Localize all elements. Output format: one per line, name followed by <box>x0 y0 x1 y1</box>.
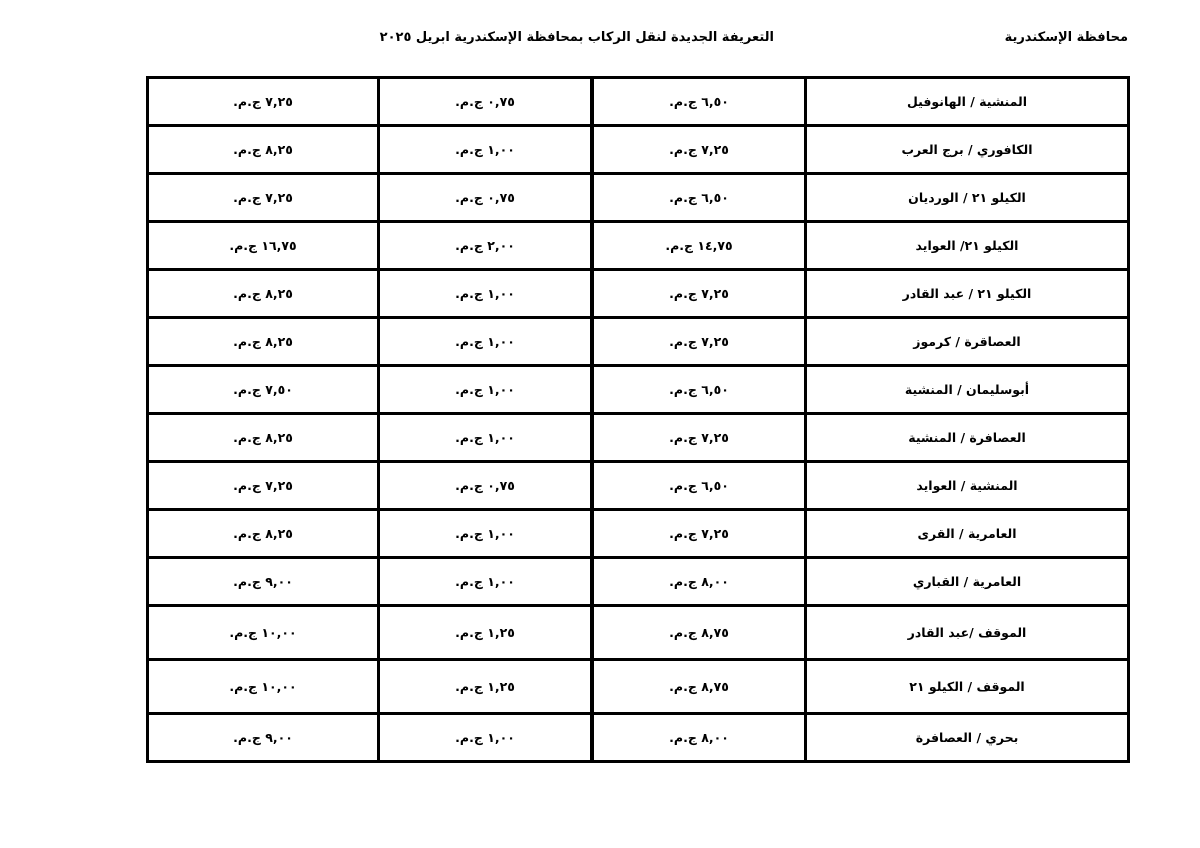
new-fare-value: ٩,٠٠ ج.م. <box>233 730 293 745</box>
increase-value: ١,٠٠ ج.م. <box>455 574 515 589</box>
new-fare-value: ٧,٢٥ ج.م. <box>233 94 293 109</box>
governorate-label: محافظة الإسكندرية <box>1005 30 1128 45</box>
old-fare-cell: ٧,٢٥ ج.م. <box>592 126 806 174</box>
new-fare-cell: ٨,٢٥ ج.م. <box>148 318 379 366</box>
table-row: العامرية / القرى٧,٢٥ ج.م.١,٠٠ ج.م.٨,٢٥ ج… <box>148 510 1129 558</box>
new-fare-cell: ٨,٢٥ ج.م. <box>148 510 379 558</box>
table-row: الكيلو ٢١ / عبد القادر٧,٢٥ ج.م.١,٠٠ ج.م.… <box>148 270 1129 318</box>
table-row: الموقف / الكيلو ٢١٨,٧٥ ج.م.١,٢٥ ج.م.١٠,٠… <box>148 660 1129 714</box>
old-fare-value: ٦,٥٠ ج.م. <box>669 190 729 205</box>
old-fare-cell: ٨,٧٥ ج.م. <box>592 660 806 714</box>
increase-value: ١,٠٠ ج.م. <box>455 142 515 157</box>
old-fare-cell: ٦,٥٠ ج.م. <box>592 78 806 126</box>
increase-cell: ١,٠٠ ج.م. <box>379 126 593 174</box>
increase-cell: ٠,٧٥ ج.م. <box>379 174 593 222</box>
route-cell: المنشية / الهانوفيل <box>806 78 1129 126</box>
old-fare-value: ١٤,٧٥ ج.م. <box>665 238 732 253</box>
old-fare-cell: ٧,٢٥ ج.م. <box>592 414 806 462</box>
increase-value: ١,٠٠ ج.م. <box>455 382 515 397</box>
route-cell: العصافرة / المنشية <box>806 414 1129 462</box>
increase-cell: ١,٢٥ ج.م. <box>379 660 593 714</box>
old-fare-value: ٨,٧٥ ج.م. <box>669 625 729 640</box>
table-row: الموقف /عبد القادر٨,٧٥ ج.م.١,٢٥ ج.م.١٠,٠… <box>148 606 1129 660</box>
route-cell: بحري / العصافرة <box>806 714 1129 762</box>
tariff-table-body: المنشية / الهانوفيل٦,٥٠ ج.م.٠,٧٥ ج.م.٧,٢… <box>148 78 1129 762</box>
new-fare-cell: ٧,٢٥ ج.م. <box>148 78 379 126</box>
increase-cell: ١,٠٠ ج.م. <box>379 510 593 558</box>
new-fare-value: ٨,٢٥ ج.م. <box>233 334 293 349</box>
old-fare-value: ٧,٢٥ ج.م. <box>669 142 729 157</box>
table-row: الكافوري / برج العرب٧,٢٥ ج.م.١,٠٠ ج.م.٨,… <box>148 126 1129 174</box>
increase-value: ٠,٧٥ ج.م. <box>455 190 515 205</box>
increase-value: ١,٠٠ ج.م. <box>455 430 515 445</box>
old-fare-cell: ٧,٢٥ ج.م. <box>592 318 806 366</box>
new-fare-value: ٨,٢٥ ج.م. <box>233 526 293 541</box>
route-cell: العامرية / القرى <box>806 510 1129 558</box>
old-fare-value: ٧,٢٥ ج.م. <box>669 286 729 301</box>
route-cell: الموقف /عبد القادر <box>806 606 1129 660</box>
old-fare-cell: ٦,٥٠ ج.م. <box>592 174 806 222</box>
new-fare-cell: ٩,٠٠ ج.م. <box>148 714 379 762</box>
old-fare-value: ٧,٢٥ ج.م. <box>669 526 729 541</box>
table-row: العصاقرة / كرموز٧,٢٥ ج.م.١,٠٠ ج.م.٨,٢٥ ج… <box>148 318 1129 366</box>
new-fare-value: ٧,٢٥ ج.م. <box>233 190 293 205</box>
old-fare-cell: ٨,٠٠ ج.م. <box>592 714 806 762</box>
old-fare-cell: ٨,٠٠ ج.م. <box>592 558 806 606</box>
old-fare-value: ٨,٠٠ ج.م. <box>669 574 729 589</box>
table-row: الكيلو ٢١ / الورديان٦,٥٠ ج.م.٠,٧٥ ج.م.٧,… <box>148 174 1129 222</box>
new-fare-cell: ٩,٠٠ ج.م. <box>148 558 379 606</box>
route-cell: العصاقرة / كرموز <box>806 318 1129 366</box>
new-fare-value: ٩,٠٠ ج.م. <box>233 574 293 589</box>
increase-cell: ١,٢٥ ج.م. <box>379 606 593 660</box>
new-fare-value: ٨,٢٥ ج.م. <box>233 286 293 301</box>
increase-cell: ١,٠٠ ج.م. <box>379 366 593 414</box>
old-fare-value: ٨,٠٠ ج.م. <box>669 730 729 745</box>
old-fare-value: ٧,٢٥ ج.م. <box>669 430 729 445</box>
route-cell: أبوسليمان / المنشية <box>806 366 1129 414</box>
new-fare-value: ٨,٢٥ ج.م. <box>233 430 293 445</box>
increase-value: ١,٠٠ ج.م. <box>455 730 515 745</box>
new-fare-cell: ٨,٢٥ ج.م. <box>148 270 379 318</box>
increase-cell: ١,٠٠ ج.م. <box>379 414 593 462</box>
old-fare-value: ٦,٥٠ ج.م. <box>669 94 729 109</box>
new-fare-cell: ٨,٢٥ ج.م. <box>148 414 379 462</box>
old-fare-cell: ٧,٢٥ ج.م. <box>592 510 806 558</box>
route-cell: الكافوري / برج العرب <box>806 126 1129 174</box>
new-fare-value: ٨,٢٥ ج.م. <box>233 142 293 157</box>
table-row: المنشية / العوايد٦,٥٠ ج.م.٠,٧٥ ج.م.٧,٢٥ … <box>148 462 1129 510</box>
document-title: التعريفة الجديدة لنقل الركاب بمحافظة الإ… <box>428 30 774 45</box>
increase-value: ١,٢٥ ج.م. <box>455 679 515 694</box>
old-fare-cell: ٧,٢٥ ج.م. <box>592 270 806 318</box>
new-fare-value: ١٠,٠٠ ج.م. <box>229 679 296 694</box>
new-fare-cell: ٧,٢٥ ج.م. <box>148 174 379 222</box>
route-cell: الكيلو ٢١ / عبد القادر <box>806 270 1129 318</box>
new-fare-cell: ١٠,٠٠ ج.م. <box>148 660 379 714</box>
increase-cell: ١,٠٠ ج.م. <box>379 558 593 606</box>
increase-value: ٠,٧٥ ج.م. <box>455 94 515 109</box>
increase-value: ٢,٠٠ ج.م. <box>455 238 515 253</box>
tariff-table: المنشية / الهانوفيل٦,٥٠ ج.م.٠,٧٥ ج.م.٧,٢… <box>146 76 1130 763</box>
increase-cell: ١,٠٠ ج.م. <box>379 270 593 318</box>
new-fare-cell: ١٠,٠٠ ج.م. <box>148 606 379 660</box>
increase-cell: ١,٠٠ ج.م. <box>379 714 593 762</box>
old-fare-cell: ١٤,٧٥ ج.م. <box>592 222 806 270</box>
route-cell: الكيلو ٢١/ العوايد <box>806 222 1129 270</box>
old-fare-value: ٦,٥٠ ج.م. <box>669 478 729 493</box>
old-fare-value: ٨,٧٥ ج.م. <box>669 679 729 694</box>
increase-cell: ٠,٧٥ ج.م. <box>379 78 593 126</box>
table-row: العصافرة / المنشية٧,٢٥ ج.م.١,٠٠ ج.م.٨,٢٥… <box>148 414 1129 462</box>
old-fare-value: ٧,٢٥ ج.م. <box>669 334 729 349</box>
old-fare-cell: ٨,٧٥ ج.م. <box>592 606 806 660</box>
increase-value: ١,٠٠ ج.م. <box>455 526 515 541</box>
increase-cell: ٢,٠٠ ج.م. <box>379 222 593 270</box>
increase-cell: ١,٠٠ ج.م. <box>379 318 593 366</box>
increase-cell: ٠,٧٥ ج.م. <box>379 462 593 510</box>
increase-value: ١,٢٥ ج.م. <box>455 625 515 640</box>
table-row: العامرية / القباري٨,٠٠ ج.م.١,٠٠ ج.م.٩,٠٠… <box>148 558 1129 606</box>
route-cell: الكيلو ٢١ / الورديان <box>806 174 1129 222</box>
page-header: محافظة الإسكندرية التعريفة الجديدة لنقل … <box>0 30 1200 54</box>
new-fare-cell: ٧,٢٥ ج.م. <box>148 462 379 510</box>
new-fare-value: ٧,٢٥ ج.م. <box>233 478 293 493</box>
table-row: بحري / العصافرة٨,٠٠ ج.م.١,٠٠ ج.م.٩,٠٠ ج.… <box>148 714 1129 762</box>
new-fare-value: ٧,٥٠ ج.م. <box>233 382 293 397</box>
increase-value: ٠,٧٥ ج.م. <box>455 478 515 493</box>
table-row: الكيلو ٢١/ العوايد١٤,٧٥ ج.م.٢,٠٠ ج.م.١٦,… <box>148 222 1129 270</box>
old-fare-cell: ٦,٥٠ ج.م. <box>592 366 806 414</box>
old-fare-value: ٦,٥٠ ج.م. <box>669 382 729 397</box>
new-fare-cell: ٨,٢٥ ج.م. <box>148 126 379 174</box>
table-row: أبوسليمان / المنشية٦,٥٠ ج.م.١,٠٠ ج.م.٧,٥… <box>148 366 1129 414</box>
route-cell: المنشية / العوايد <box>806 462 1129 510</box>
new-fare-value: ١٠,٠٠ ج.م. <box>229 625 296 640</box>
increase-value: ١,٠٠ ج.م. <box>455 286 515 301</box>
new-fare-cell: ٧,٥٠ ج.م. <box>148 366 379 414</box>
increase-value: ١,٠٠ ج.م. <box>455 334 515 349</box>
route-cell: الموقف / الكيلو ٢١ <box>806 660 1129 714</box>
new-fare-value: ١٦,٧٥ ج.م. <box>229 238 296 253</box>
route-cell: العامرية / القباري <box>806 558 1129 606</box>
new-fare-cell: ١٦,٧٥ ج.م. <box>148 222 379 270</box>
table-row: المنشية / الهانوفيل٦,٥٠ ج.م.٠,٧٥ ج.م.٧,٢… <box>148 78 1129 126</box>
old-fare-cell: ٦,٥٠ ج.م. <box>592 462 806 510</box>
